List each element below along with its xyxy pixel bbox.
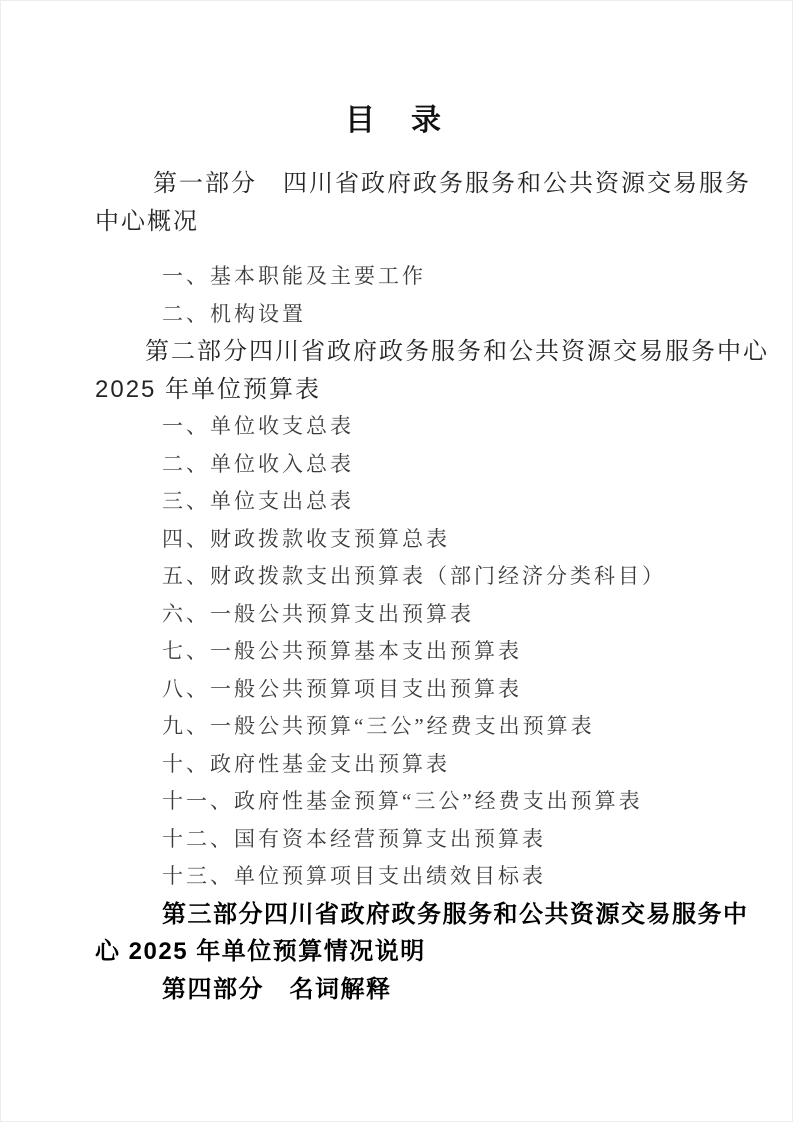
toc-item-part2-7: 七、一般公共预算基本支出预算表 [95,633,698,671]
toc-item-part2-13: 十三、单位预算项目支出绩效目标表 [95,858,698,896]
toc-item-part2-1: 一、单位收支总表 [95,408,698,446]
toc-item-part2-2: 二、单位收入总表 [95,446,698,484]
part2-heading-line1: 第二部分四川省政府政务服务和公共资源交易服务中心 [95,333,698,371]
toc-title: 目 录 [95,103,698,139]
toc-item-part2-6: 六、一般公共预算支出预算表 [95,596,698,634]
part4-heading: 第四部分 名词解释 [95,971,698,1009]
toc-item-part1-1: 一、基本职能及主要工作 [95,258,698,296]
part3-heading-line2: 心 2025 年单位预算情况说明 [95,933,698,971]
part1-heading-line1: 第一部分 四川省政府政务服务和公共资源交易服务 [95,165,698,203]
toc-item-part2-3: 三、单位支出总表 [95,483,698,521]
toc-item-part2-10: 十、政府性基金支出预算表 [95,746,698,784]
part2-heading-line2: 2025 年单位预算表 [95,371,698,409]
part3-heading-line1: 第三部分四川省政府政务服务和公共资源交易服务中 [95,896,698,934]
part1-heading-line2: 中心概况 [95,203,698,241]
toc-item-part1-2: 二、机构设置 [95,296,698,334]
toc-item-part2-8: 八、一般公共预算项目支出预算表 [95,671,698,709]
document-page: 目 录 第一部分 四川省政府政务服务和公共资源交易服务 中心概况 一、基本职能及… [0,0,793,1122]
toc-item-part2-5: 五、财政拨款支出预算表（部门经济分类科目） [95,558,698,596]
toc-item-part2-9: 九、一般公共预算“三公”经费支出预算表 [95,708,698,746]
toc-item-part2-4: 四、财政拨款收支预算总表 [95,521,698,559]
toc-item-part2-12: 十二、国有资本经营预算支出预算表 [95,821,698,859]
toc-item-part2-11: 十一、政府性基金预算“三公”经费支出预算表 [95,783,698,821]
